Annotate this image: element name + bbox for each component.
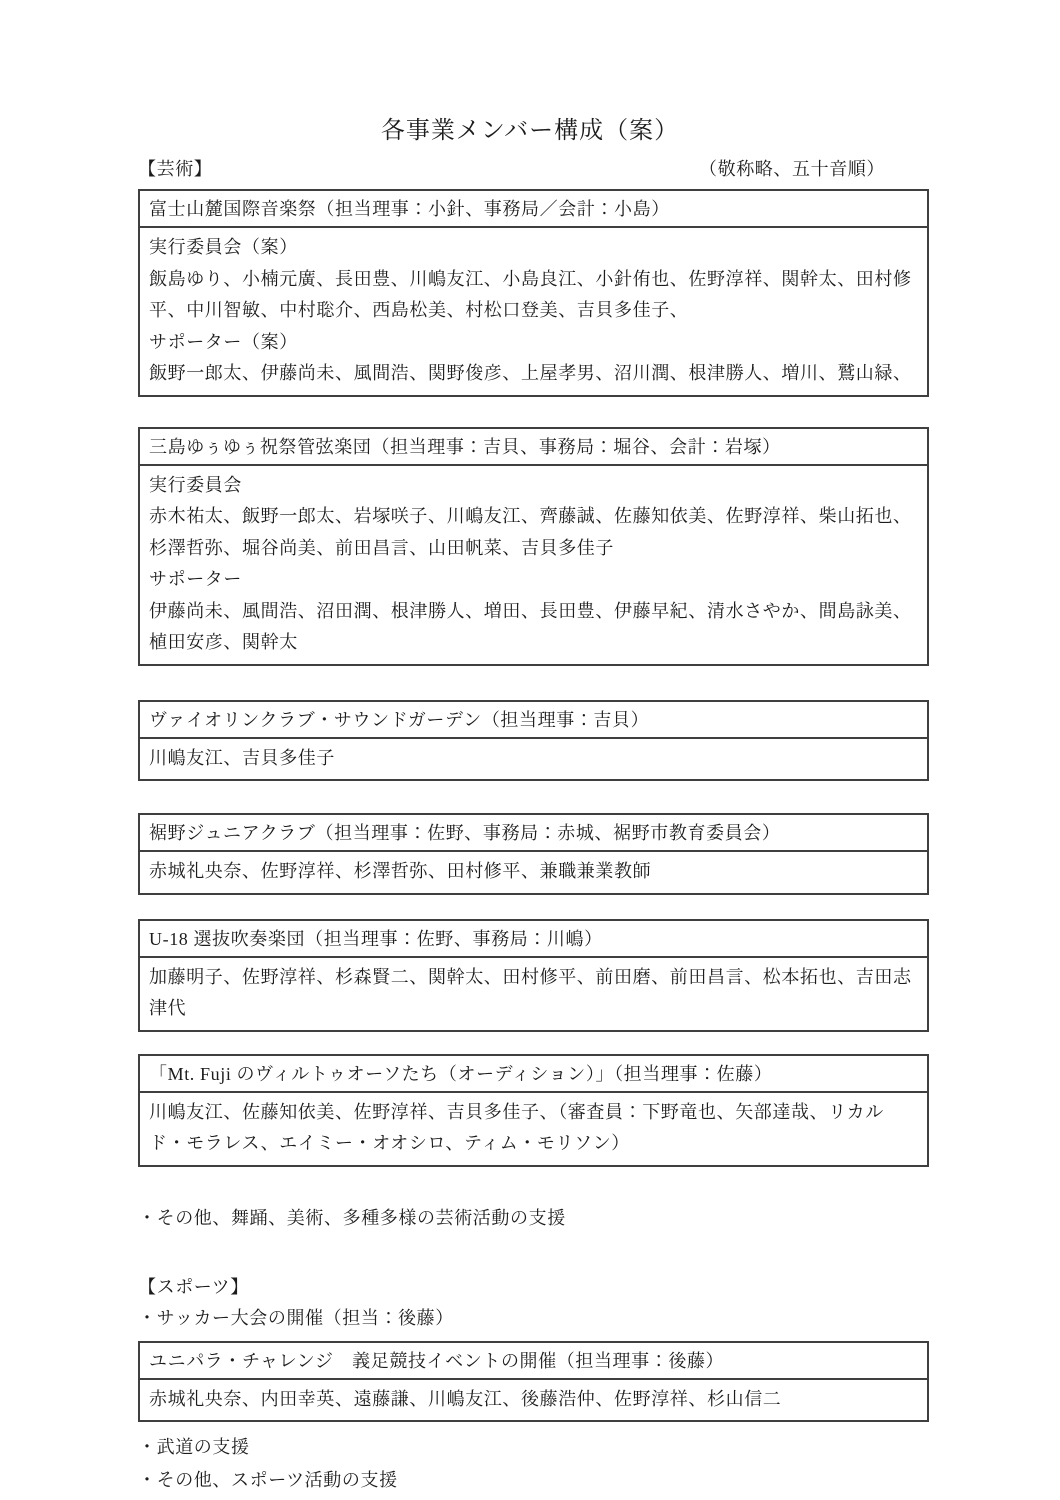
sports-section-label: 【スポーツ】 <box>138 1272 929 1303</box>
table-body: 実行委員会 赤木祐太、飯野一郎太、岩塚咲子、川嶋友江、齊藤誠、佐藤知依美、佐野淳… <box>140 466 927 664</box>
document-content: 【芸術】 （敬称略、五十音順） 富士山麓国際音楽祭（担当理事：小針、事務局／会計… <box>138 155 929 1496</box>
honorifics-note: （敬称略、五十音順） <box>699 155 929 183</box>
table-body: 実行委員会（案） 飯島ゆり、小楠元廣、長田豊、川嶋友江、小島良江、小針侑也、佐野… <box>140 228 927 395</box>
table-body: 加藤明子、佐野淳祥、杉森賢二、関幹太、田村修平、前田磨、前田昌言、松本拓也、吉田… <box>140 958 927 1030</box>
table-body: 川嶋友江、佐藤知依美、佐野淳祥、吉貝多佳子、（審査員：下野竜也、矢部達哉、リカル… <box>140 1093 927 1165</box>
sports-other-bullet: ・その他、スポーツ活動の支援 <box>138 1465 929 1496</box>
table-body: 赤城礼央奈、内田幸英、遠藤謙、川嶋友江、後藤浩仲、佐野淳祥、杉山信二 <box>140 1380 927 1421</box>
table-fuji-sanroku-music-festival: 富士山麓国際音楽祭（担当理事：小針、事務局／会計：小島） 実行委員会（案） 飯島… <box>138 189 929 397</box>
table-header-row: ヴァイオリンクラブ・サウンドガーデン（担当理事：吉貝） <box>140 702 927 739</box>
table-header-row: 三島ゆぅゆぅ祝祭管弦楽団（担当理事：吉貝、事務局：堀谷、会計：岩塚） <box>140 429 927 466</box>
member-list: 赤城礼央奈、内田幸英、遠藤謙、川嶋友江、後藤浩仲、佐野淳祥、杉山信二 <box>149 1384 918 1416</box>
table-mishima-yuuyuu-orchestra: 三島ゆぅゆぅ祝祭管弦楽団（担当理事：吉貝、事務局：堀谷、会計：岩塚） 実行委員会… <box>138 427 929 666</box>
art-section-label: 【芸術】 <box>138 155 212 183</box>
table-u18-wind-orchestra: U-18 選抜吹奏楽団（担当理事：佐野、事務局：川嶋） 加藤明子、佐野淳祥、杉森… <box>138 919 929 1032</box>
member-list: 赤木祐太、飯野一郎太、岩塚咲子、川嶋友江、齊藤誠、佐藤知依美、佐野淳祥、柴山拓也… <box>149 501 918 564</box>
table-mtfuji-virtuosos: 「Mt. Fuji のヴィルトゥオーソたち（オーディション）」（担当理事：佐藤）… <box>138 1054 929 1167</box>
document-page: 各事業メンバー構成（案） 【芸術】 （敬称略、五十音順） 富士山麓国際音楽祭（担… <box>0 0 1060 1500</box>
member-list: 川嶋友江、吉貝多佳子 <box>149 743 918 775</box>
member-group-label: サポーター <box>149 564 918 596</box>
table-header-row: 富士山麓国際音楽祭（担当理事：小針、事務局／会計：小島） <box>140 191 927 228</box>
table-violin-club-sound-garden: ヴァイオリンクラブ・サウンドガーデン（担当理事：吉貝） 川嶋友江、吉貝多佳子 <box>138 700 929 782</box>
member-list: 加藤明子、佐野淳祥、杉森賢二、関幹太、田村修平、前田磨、前田昌言、松本拓也、吉田… <box>149 962 918 1025</box>
table-header-row: U-18 選抜吹奏楽団（担当理事：佐野、事務局：川嶋） <box>140 921 927 958</box>
member-list: 飯野一郎太、伊藤尚未、風間浩、関野俊彦、上屋孝男、沼川潤、根津勝人、増川、鷲山緑… <box>149 358 918 390</box>
member-list: 伊藤尚未、風間浩、沼田潤、根津勝人、増田、長田豊、伊藤早紀、清水さやか、間島詠美… <box>149 596 918 659</box>
page-title: 各事業メンバー構成（案） <box>0 110 1060 145</box>
member-list: 飯島ゆり、小楠元廣、長田豊、川嶋友江、小島良江、小針侑也、佐野淳祥、関幹太、田村… <box>149 264 918 327</box>
member-group-label: 実行委員会 <box>149 470 918 502</box>
sports-soccer-bullet: ・サッカー大会の開催（担当：後藤） <box>138 1303 929 1334</box>
table-body: 川嶋友江、吉貝多佳子 <box>140 739 927 780</box>
member-list: 川嶋友江、佐藤知依美、佐野淳祥、吉貝多佳子、（審査員：下野竜也、矢部達哉、リカル… <box>149 1097 918 1160</box>
table-header-row: 「Mt. Fuji のヴィルトゥオーソたち（オーディション）」（担当理事：佐藤） <box>140 1056 927 1093</box>
member-group-label: サポーター（案） <box>149 327 918 359</box>
sports-budo-bullet: ・武道の支援 <box>138 1432 929 1463</box>
table-header-row: 裾野ジュニアクラブ（担当理事：佐野、事務局：赤城、裾野市教育委員会） <box>140 815 927 852</box>
table-header-row: ユニパラ・チャレンジ 義足競技イベントの開催（担当理事：後藤） <box>140 1343 927 1380</box>
member-list: 赤城礼央奈、佐野淳祥、杉澤哲弥、田村修平、兼職兼業教師 <box>149 856 918 888</box>
table-unipara-challenge: ユニパラ・チャレンジ 義足競技イベントの開催（担当理事：後藤） 赤城礼央奈、内田… <box>138 1341 929 1423</box>
art-other-support-bullet: ・その他、舞踊、美術、多種多様の芸術活動の支援 <box>138 1203 929 1234</box>
art-section-header: 【芸術】 （敬称略、五十音順） <box>138 155 929 183</box>
member-group-label: 実行委員会（案） <box>149 232 918 264</box>
table-body: 赤城礼央奈、佐野淳祥、杉澤哲弥、田村修平、兼職兼業教師 <box>140 852 927 893</box>
table-susono-junior-club: 裾野ジュニアクラブ（担当理事：佐野、事務局：赤城、裾野市教育委員会） 赤城礼央奈… <box>138 813 929 895</box>
